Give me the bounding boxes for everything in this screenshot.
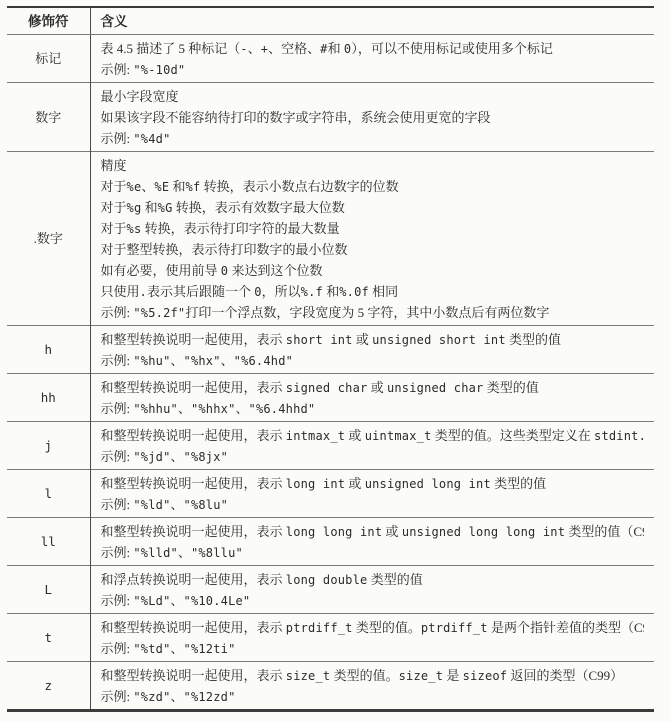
code-fragment: unsigned short int: [372, 333, 506, 347]
text-fragment: 示例:: [101, 353, 134, 368]
modifier-cell: .数字: [7, 152, 90, 326]
text-fragment: 示例:: [101, 305, 134, 320]
text-fragment: 和整型转换说明一起使用，表示: [101, 332, 286, 347]
text-fragment: 转换，表示待打印字符的最大数量: [141, 221, 339, 236]
meaning-line: 示例: "%hu"、"%hx"、"%6.4hd": [101, 350, 645, 371]
code-fragment: ptrdiff_t: [421, 621, 488, 635]
code-fragment: -: [240, 42, 247, 56]
meaning-line: 示例: "%ld"、"%8lu": [101, 494, 645, 515]
code-fragment: uintmax_t: [365, 429, 432, 443]
meaning-line: 和整型转换说明一起使用，表示 long int 或 unsigned long …: [101, 473, 645, 494]
code-fragment: "%4d": [133, 132, 170, 146]
text-fragment: 示例:: [101, 449, 134, 464]
code-fragment: "%10.4Le": [184, 594, 251, 608]
code-fragment: "%zd": [133, 690, 170, 704]
code-fragment: 0: [254, 285, 261, 299]
code-fragment: ptrdiff_t: [286, 621, 353, 635]
text-fragment: 或: [353, 332, 373, 347]
code-fragment: size_t: [286, 669, 331, 683]
meaning-line: 示例: "%lld"、"%8llu": [101, 542, 645, 563]
text-fragment: 、: [171, 689, 184, 704]
code-fragment: %f: [186, 180, 201, 194]
meaning-line: 示例: "%jd"、"%8jx": [101, 446, 645, 467]
code-fragment: unsigned long int: [365, 477, 491, 491]
meaning-line: 示例: "%zd"、"%12zd": [101, 686, 645, 707]
code-fragment: unsigned char: [387, 381, 484, 395]
meaning-cell: 和整型转换说明一起使用，表示 ptrdiff_t 类型的值。ptrdiff_t …: [90, 614, 654, 662]
code-fragment: "%hu": [133, 354, 170, 368]
table-row: 数字最小字段宽度如果该字段不能容纳待打印的数字或字符串，系统会使用更宽的字段示例…: [7, 83, 654, 152]
text-fragment: 返回的类型（C99）: [507, 668, 623, 683]
meaning-line: 和浮点转换说明一起使用，表示 long double 类型的值: [101, 569, 645, 590]
text-fragment: 示例:: [101, 497, 134, 512]
meaning-line: 和整型转换说明一起使用，表示 long long int 或 unsigned …: [101, 521, 645, 542]
text-fragment: 、: [141, 179, 154, 194]
modifier-cell: h: [7, 326, 90, 374]
meaning-line: 示例: "%5.2f"打印一个浮点数，字段宽度为 5 字符，其中小数点后有两位数…: [101, 302, 645, 323]
code-fragment: "%lld": [133, 546, 178, 560]
meaning-line: 最小字段宽度: [101, 86, 645, 107]
text-fragment: 示例:: [101, 401, 134, 416]
code-fragment: "%12ti": [184, 642, 236, 656]
meaning-cell: 和浮点转换说明一起使用，表示 long double 类型的值示例: "%Ld"…: [90, 566, 654, 614]
meaning-cell: 和整型转换说明一起使用，表示 signed char 或 unsigned ch…: [90, 374, 654, 422]
meaning-line: 只使用.表示其后跟随一个 0，所以%.f 和%.0f 相同: [101, 281, 645, 302]
text-fragment: 示例:: [101, 641, 134, 656]
meaning-line: 和整型转换说明一起使用，表示 ptrdiff_t 类型的值。ptrdiff_t …: [101, 617, 645, 638]
printf-modifier-table: 修饰符 含义 标记表 4.5 描述了 5 种标记（-、+、空格、#和 0），可以…: [7, 6, 654, 712]
meaning-line: 对于%s 转换，表示待打印字符的最大数量: [101, 218, 645, 239]
code-fragment: long long int: [286, 525, 383, 539]
text-fragment: 转换，表示有效数字最大位数: [173, 200, 345, 215]
meaning-cell: 精度对于%e、%E 和%f 转换，表示小数点右边数字的位数对于%g 和%G 转换…: [90, 152, 654, 326]
text-fragment: 类型的值。这些类型定义在: [432, 428, 595, 443]
meaning-cell: 和整型转换说明一起使用，表示 long long int 或 unsigned …: [90, 518, 654, 566]
text-fragment: 打印一个浮点数，字段宽度为 5 字符，其中小数点后有两位数字: [185, 305, 549, 320]
text-fragment: 和: [323, 284, 339, 299]
code-fragment: "%-10d": [133, 63, 185, 77]
text-fragment: 类型的值: [483, 380, 538, 395]
code-fragment: unsigned long long int: [402, 525, 565, 539]
text-fragment: 如果该字段不能容纳待打印的数字或字符串，系统会使用更宽的字段: [101, 110, 491, 125]
text-fragment: 、: [171, 641, 184, 656]
text-fragment: 类型的值: [506, 332, 561, 347]
text-fragment: 类型的值: [491, 476, 546, 491]
code-fragment: "%hhx": [191, 402, 236, 416]
code-fragment: "%8llu": [191, 546, 243, 560]
code-fragment: "%8lu": [184, 498, 229, 512]
table-row: j和整型转换说明一起使用，表示 intmax_t 或 uintmax_t 类型的…: [7, 422, 654, 470]
meaning-line: 示例: "%4d": [101, 128, 645, 149]
text-fragment: 、: [178, 545, 191, 560]
text-fragment: 或: [345, 428, 365, 443]
table-header-row: 修饰符 含义: [7, 7, 654, 35]
meaning-line: 和整型转换说明一起使用，表示 size_t 类型的值。size_t 是 size…: [101, 665, 645, 686]
text-fragment: 、: [171, 497, 184, 512]
modifier-cell: 标记: [7, 35, 90, 83]
text-fragment: 、: [236, 401, 249, 416]
text-fragment: 和: [141, 200, 157, 215]
table-row: t和整型转换说明一起使用，表示 ptrdiff_t 类型的值。ptrdiff_t…: [7, 614, 654, 662]
code-fragment: sizeof: [463, 669, 508, 683]
code-fragment: signed char: [286, 381, 368, 395]
text-fragment: 最小字段宽度: [101, 89, 179, 104]
text-fragment: 类型的值。: [330, 668, 398, 683]
text-fragment: 类型的值。: [353, 620, 421, 635]
modifier-cell: l: [7, 470, 90, 518]
book-page: 修饰符 含义 标记表 4.5 描述了 5 种标记（-、+、空格、#和 0），可以…: [0, 0, 670, 722]
text-fragment: 、: [178, 401, 191, 416]
text-fragment: 对于整型转换，表示待打印数字的最小位数: [101, 242, 348, 257]
code-fragment: "%hhu": [133, 402, 178, 416]
code-fragment: short int: [286, 333, 353, 347]
modifier-cell: 数字: [7, 83, 90, 152]
text-fragment: 精度: [101, 158, 127, 173]
text-fragment: 类型的值（C99）: [565, 524, 644, 539]
code-fragment: %.0f: [339, 285, 369, 299]
text-fragment: 、: [248, 41, 261, 56]
table-row: L和浮点转换说明一起使用，表示 long double 类型的值示例: "%Ld…: [7, 566, 654, 614]
text-fragment: 和浮点转换说明一起使用，表示: [101, 572, 286, 587]
meaning-cell: 和整型转换说明一起使用，表示 short int 或 unsigned shor…: [90, 326, 654, 374]
text-fragment: 示例:: [101, 593, 134, 608]
modifier-cell: hh: [7, 374, 90, 422]
code-fragment: size_t: [399, 669, 444, 683]
meaning-line: 表 4.5 描述了 5 种标记（-、+、空格、#和 0），可以不使用标记或使用多…: [101, 38, 645, 59]
text-fragment: 如有必要，使用前导: [101, 263, 221, 278]
code-fragment: "%5.2f": [133, 306, 185, 320]
table-body: 标记表 4.5 描述了 5 种标记（-、+、空格、#和 0），可以不使用标记或使…: [7, 35, 654, 711]
text-fragment: 对于: [101, 200, 127, 215]
column-header-modifier: 修饰符: [7, 7, 90, 35]
meaning-line: 示例: "%Ld"、"%10.4Le": [101, 590, 645, 611]
text-fragment: 来达到这个位数: [228, 263, 322, 278]
code-fragment: long int: [286, 477, 345, 491]
text-fragment: 和: [169, 179, 185, 194]
code-fragment: %g: [127, 201, 142, 215]
table-row: l和整型转换说明一起使用，表示 long int 或 unsigned long…: [7, 470, 654, 518]
meaning-cell: 和整型转换说明一起使用，表示 long int 或 unsigned long …: [90, 470, 654, 518]
meaning-line: 示例: "%-10d": [101, 59, 645, 80]
meaning-line: 对于%g 和%G 转换，表示有效数字最大位数: [101, 197, 645, 218]
text-fragment: 或: [382, 524, 402, 539]
meaning-cell: 和整型转换说明一起使用，表示 size_t 类型的值。size_t 是 size…: [90, 662, 654, 711]
modifier-cell: j: [7, 422, 90, 470]
table-row: .数字精度对于%e、%E 和%f 转换，表示小数点右边数字的位数对于%g 和%G…: [7, 152, 654, 326]
table-row: hh和整型转换说明一起使用，表示 signed char 或 unsigned …: [7, 374, 654, 422]
text-fragment: 是两个指针差值的类型（C99）: [488, 620, 644, 635]
text-fragment: 和整型转换说明一起使用，表示: [101, 668, 286, 683]
text-fragment: 表示其后跟随一个: [147, 284, 254, 299]
text-fragment: 对于: [101, 221, 127, 236]
code-fragment: %G: [158, 201, 173, 215]
code-fragment: %e: [127, 180, 142, 194]
text-fragment: 和整型转换说明一起使用，表示: [101, 476, 286, 491]
text-fragment: 、: [171, 353, 184, 368]
meaning-line: 和整型转换说明一起使用，表示 intmax_t 或 uintmax_t 类型的值…: [101, 425, 645, 446]
code-fragment: #: [320, 42, 327, 56]
code-fragment: "%hx": [184, 354, 221, 368]
text-fragment: 和整型转换说明一起使用，表示: [101, 428, 286, 443]
modifier-cell: t: [7, 614, 90, 662]
text-fragment: ，所以: [262, 284, 301, 299]
code-fragment: stdint.h: [594, 429, 644, 443]
text-fragment: 和整型转换说明一起使用，表示: [101, 620, 286, 635]
code-fragment: "%6.4hd": [234, 354, 293, 368]
meaning-line: 如果该字段不能容纳待打印的数字或字符串，系统会使用更宽的字段: [101, 107, 645, 128]
code-fragment: "%8jx": [184, 450, 229, 464]
code-fragment: "%6.4hhd": [249, 402, 316, 416]
modifier-cell: z: [7, 662, 90, 711]
text-fragment: 、: [171, 593, 184, 608]
table-row: h和整型转换说明一起使用，表示 short int 或 unsigned sho…: [7, 326, 654, 374]
text-fragment: 相同: [369, 284, 398, 299]
meaning-line: 示例: "%td"、"%12ti": [101, 638, 645, 659]
text-fragment: 、: [171, 449, 184, 464]
code-fragment: %.f: [301, 285, 323, 299]
code-fragment: "%jd": [133, 450, 170, 464]
text-fragment: 转换，表示小数点右边数字的位数: [200, 179, 398, 194]
meaning-line: 对于整型转换，表示待打印数字的最小位数: [101, 239, 645, 260]
code-fragment: "%12zd": [184, 690, 236, 704]
text-fragment: 是: [443, 668, 463, 683]
modifier-cell: ll: [7, 518, 90, 566]
text-fragment: 表 4.5 描述了 5 种标记（: [101, 41, 241, 56]
meaning-line: 和整型转换说明一起使用，表示 signed char 或 unsigned ch…: [101, 377, 645, 398]
text-fragment: 和整型转换说明一起使用，表示: [101, 380, 286, 395]
meaning-line: 和整型转换说明一起使用，表示 short int 或 unsigned shor…: [101, 329, 645, 350]
text-fragment: 类型的值: [367, 572, 422, 587]
code-fragment: long double: [286, 573, 368, 587]
text-fragment: 、空格、: [268, 41, 320, 56]
meaning-line: 示例: "%hhu"、"%hhx"、"%6.4hhd": [101, 398, 645, 419]
modifier-cell: L: [7, 566, 90, 614]
text-fragment: 示例:: [101, 62, 134, 77]
code-fragment: intmax_t: [286, 429, 345, 443]
code-fragment: .: [140, 285, 147, 299]
meaning-cell: 最小字段宽度如果该字段不能容纳待打印的数字或字符串，系统会使用更宽的字段示例: …: [90, 83, 654, 152]
text-fragment: 或: [367, 380, 387, 395]
text-fragment: 只使用: [101, 284, 140, 299]
text-fragment: ），可以不使用标记或使用多个标记: [351, 41, 553, 56]
meaning-line: 如有必要，使用前导 0 来达到这个位数: [101, 260, 645, 281]
text-fragment: 示例:: [101, 689, 134, 704]
text-fragment: 对于: [101, 179, 127, 194]
code-fragment: "%td": [133, 642, 170, 656]
meaning-cell: 表 4.5 描述了 5 种标记（-、+、空格、#和 0），可以不使用标记或使用多…: [90, 35, 654, 83]
table-row: 标记表 4.5 描述了 5 种标记（-、+、空格、#和 0），可以不使用标记或使…: [7, 35, 654, 83]
text-fragment: 和整型转换说明一起使用，表示: [101, 524, 286, 539]
meaning-line: 对于%e、%E 和%f 转换，表示小数点右边数字的位数: [101, 176, 645, 197]
code-fragment: %E: [154, 180, 169, 194]
text-fragment: 或: [345, 476, 365, 491]
meaning-cell: 和整型转换说明一起使用，表示 intmax_t 或 uintmax_t 类型的值…: [90, 422, 654, 470]
meaning-line: 精度: [101, 155, 645, 176]
column-header-meaning: 含义: [90, 7, 654, 35]
table-row: z和整型转换说明一起使用，表示 size_t 类型的值。size_t 是 siz…: [7, 662, 654, 711]
text-fragment: 示例:: [101, 545, 134, 560]
text-fragment: 和: [328, 41, 344, 56]
text-fragment: 、: [221, 353, 234, 368]
code-fragment: %s: [127, 222, 142, 236]
text-fragment: 示例:: [101, 131, 134, 146]
code-fragment: "%ld": [133, 498, 170, 512]
table-row: ll和整型转换说明一起使用，表示 long long int 或 unsigne…: [7, 518, 654, 566]
code-fragment: "%Ld": [133, 594, 170, 608]
